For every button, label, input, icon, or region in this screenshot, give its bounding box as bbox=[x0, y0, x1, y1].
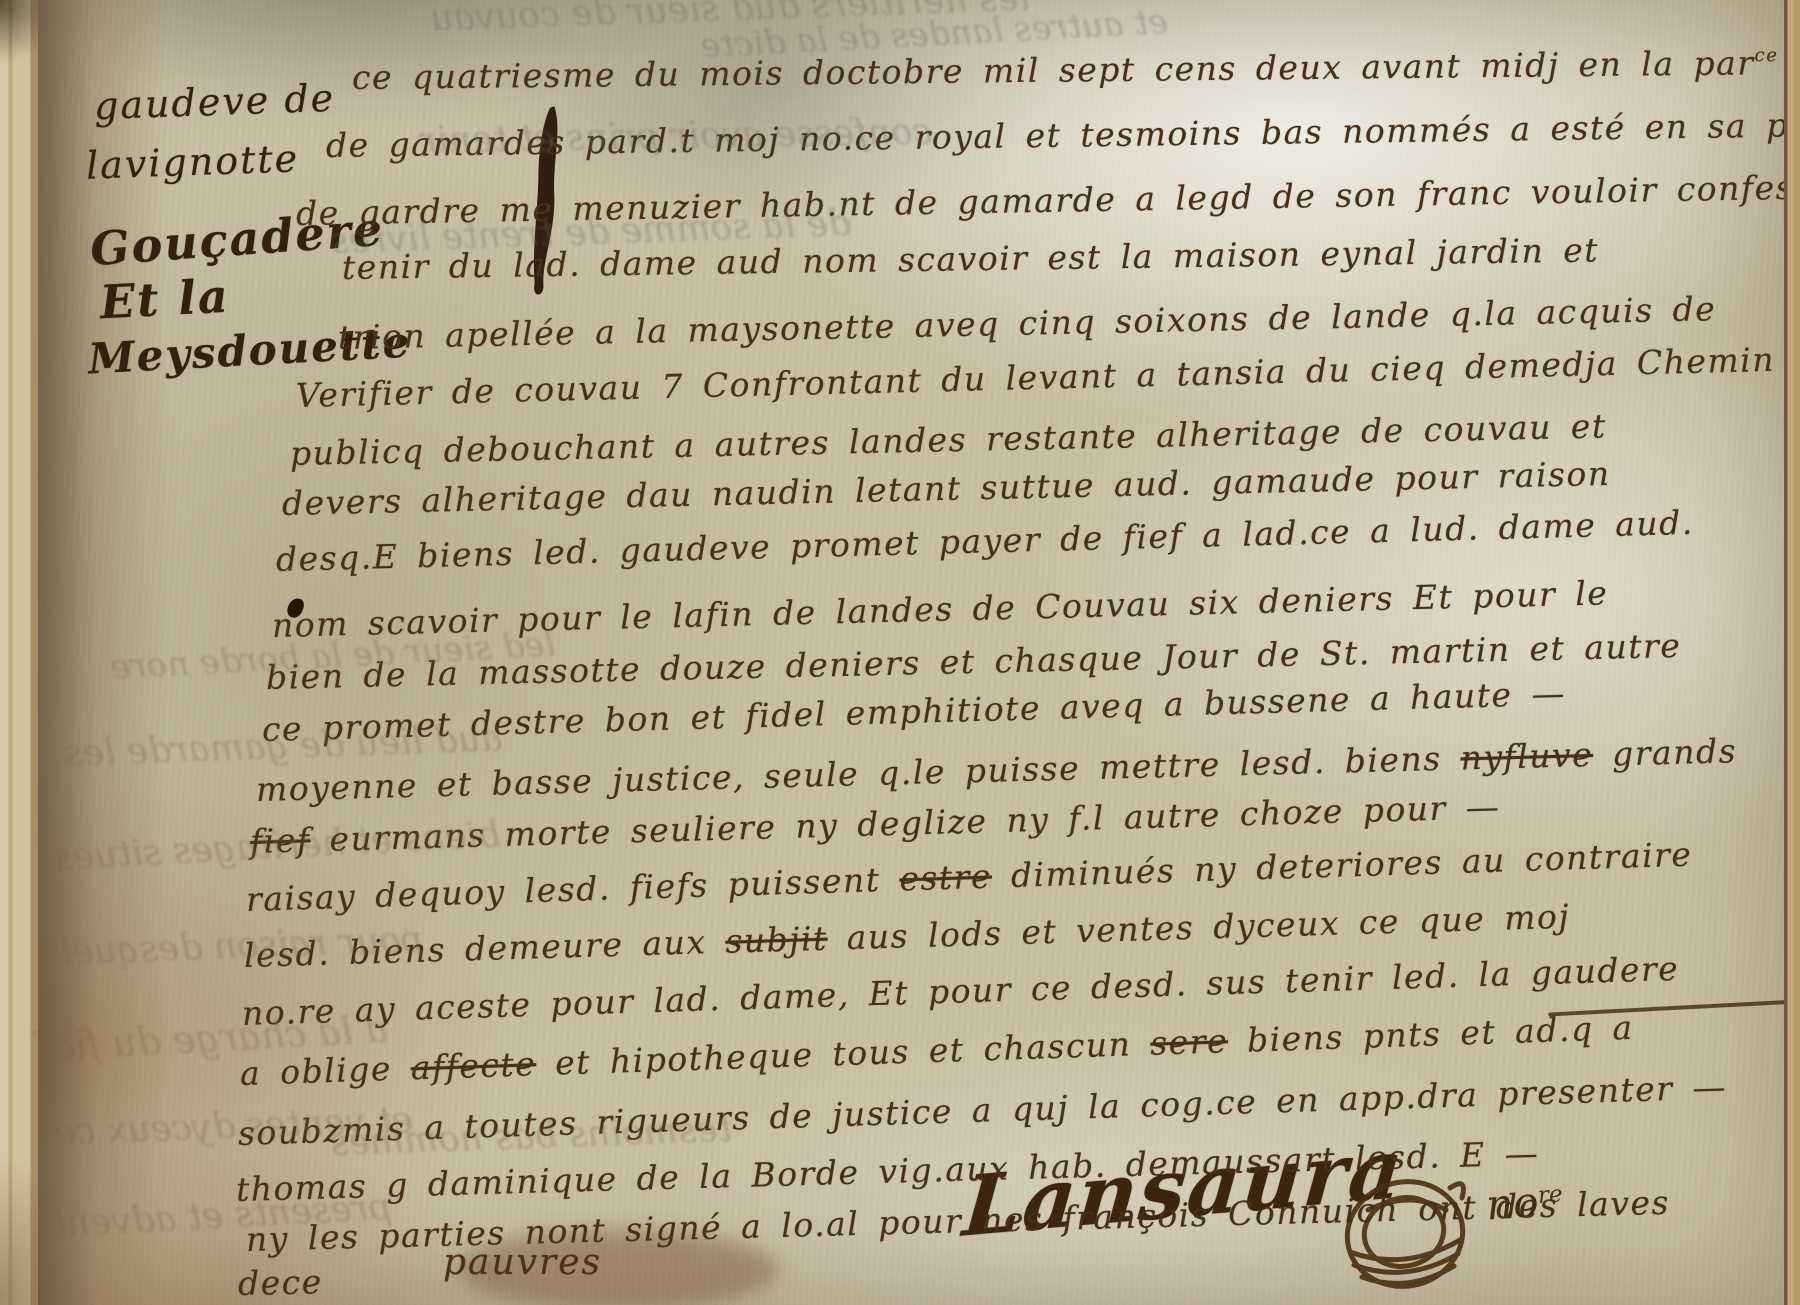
superscript: ce bbox=[1754, 45, 1778, 66]
margin-note: Et la bbox=[99, 269, 231, 330]
struck-word: nyfluve bbox=[1460, 735, 1594, 777]
text-segment: aus lods et ventes dyceux ce que moj bbox=[827, 897, 1571, 958]
text-segment: ce quatriesme du mois doctobre mil sept … bbox=[352, 43, 1755, 97]
text-segment: grands bbox=[1593, 731, 1738, 774]
manuscript-line: ce quatriesme du mois doctobre mil sept … bbox=[352, 43, 1779, 97]
struck-word: subjit bbox=[725, 919, 828, 961]
manuscript-line: dece bbox=[238, 1262, 323, 1303]
struck-word: sere bbox=[1150, 1021, 1229, 1063]
text-segment: biens pnts et ad.q a bbox=[1227, 1008, 1634, 1060]
text-segment: diminués ny deteriores au contraire bbox=[991, 835, 1693, 896]
text-segment: et hipotheque tous et chascun bbox=[536, 1024, 1151, 1083]
margin-note: gaudeve de bbox=[93, 76, 336, 128]
struck-word: estre bbox=[899, 857, 993, 899]
manuscript-photo: pauvres Lansaura nore gaudeve delavignot… bbox=[0, 0, 1800, 1305]
text-segment: raisay dequoy lesd. fiefs puissent bbox=[245, 859, 900, 919]
book-edge-right bbox=[1784, 0, 1800, 1305]
book-edge-left bbox=[0, 0, 38, 1305]
page: pauvres Lansaura nore gaudeve delavignot… bbox=[38, 0, 1786, 1305]
struck-word: affecte bbox=[410, 1044, 537, 1087]
text-segment: dece bbox=[238, 1262, 323, 1303]
margin-note: lavignotte bbox=[85, 136, 300, 187]
